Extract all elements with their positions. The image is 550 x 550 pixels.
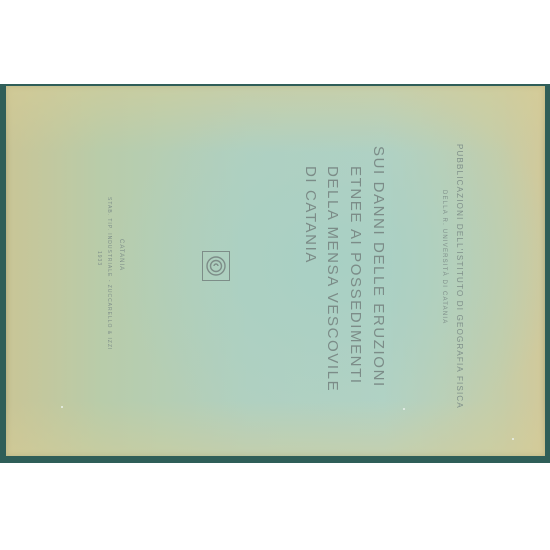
title-line-3: DELLA MENSA VESCOVILE — [324, 166, 341, 392]
paper-speck — [512, 438, 514, 440]
series-header-line2: DELLA R. UNIVERSITÀ DI CATANIA — [441, 190, 447, 324]
spiral-emblem-icon — [202, 251, 230, 281]
imprint-year: 1933 — [96, 251, 102, 266]
book-cover — [6, 86, 545, 456]
imprint-city: CATANIA — [118, 239, 124, 271]
title-line-4: DI CATANIA — [302, 166, 319, 264]
title-line-1: SUI DANNI DELLE ERUZIONI — [370, 146, 387, 388]
paper-speck — [403, 408, 405, 410]
imprint-printer: STAB. TIP. INDUSTRIALE - ZUCCARELLO & IZ… — [106, 197, 112, 350]
title-line-2: ETNEE AI POSSEDIMENTI — [347, 166, 364, 385]
paper-speck — [61, 406, 63, 408]
series-header-line1: PUBBLICAZIONI DELL'ISTITUTO DI GEOGRAFIA… — [455, 144, 464, 409]
